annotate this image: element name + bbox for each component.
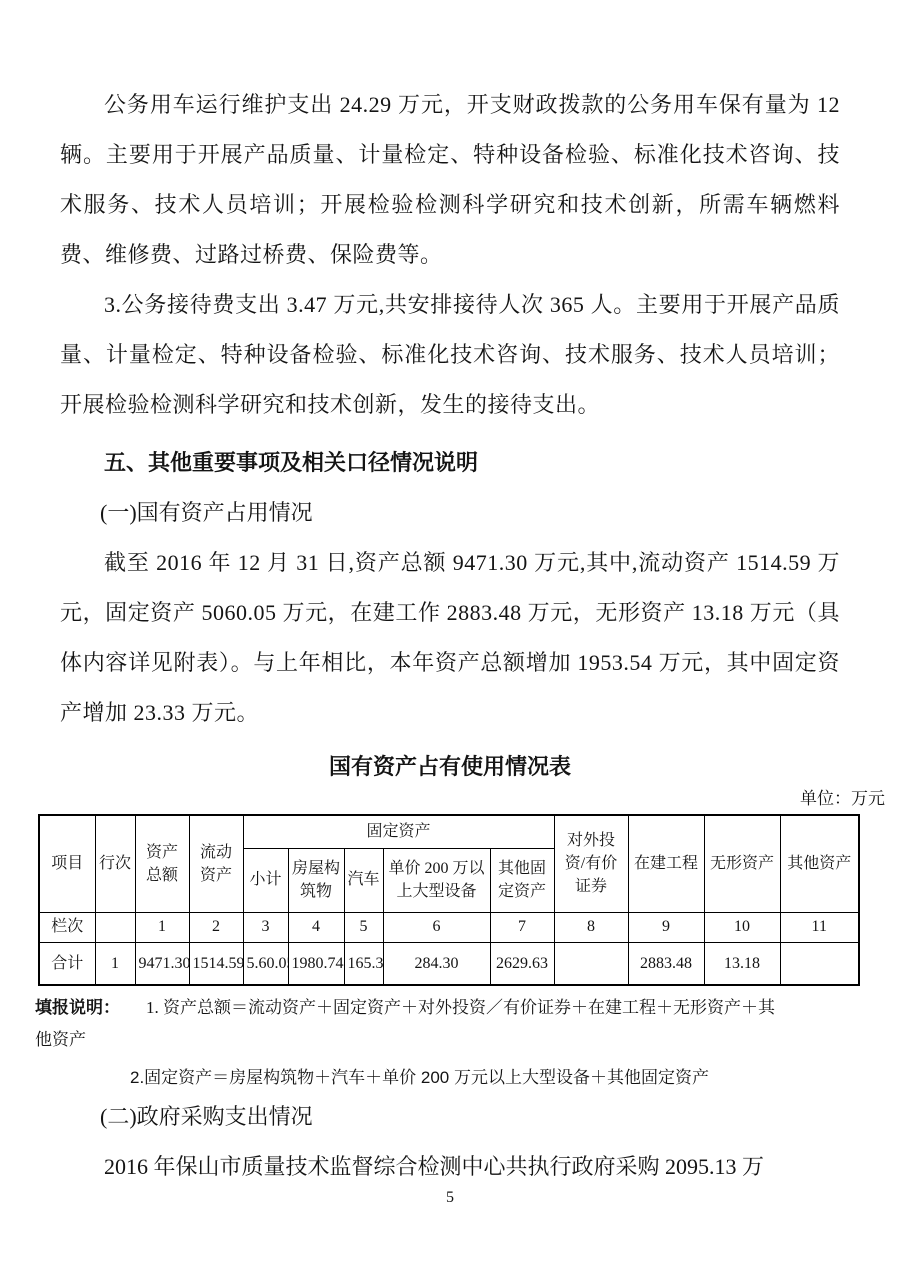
asset-table-title: 国有资产占有使用情况表	[60, 752, 840, 782]
colnum-cell: 9	[628, 912, 704, 942]
th-external-investment: 对外投资/有价证券	[554, 815, 628, 912]
paragraph-reception-expense: 3.公务接待费支出 3.47 万元,共安排接待人次 365 人。主要用于开展产品…	[60, 280, 840, 430]
state-asset-table: 项目 行次 资产总额 流动资产 固定资产 对外投资/有价证券 在建工程 无形资产…	[38, 814, 860, 986]
total-other-assets	[780, 942, 859, 985]
heading-procurement: (二)政府采购支出情况	[60, 1092, 840, 1142]
total-large-equipment: 284.30	[383, 942, 490, 985]
paragraph-vehicle-expense: 公务用车运行维护支出 24.29 万元，开支财政拨款的公务用车保有量为 12 辆…	[60, 80, 840, 280]
total-row: 合计 1 9471.30 1514.59 5.60.05 1980.74 165…	[39, 942, 859, 985]
th-other-assets: 其他资产	[780, 815, 859, 912]
paragraph-asset-summary: 截至 2016 年 12 月 31 日,资产总额 9471.30 万元,其中,流…	[60, 538, 840, 738]
total-external-investment	[554, 942, 628, 985]
colnum-cell: 5	[344, 912, 383, 942]
total-other-fixed: 2629.63	[490, 942, 554, 985]
total-subtotal: 5.60.05	[243, 942, 288, 985]
th-item: 项目	[39, 815, 95, 912]
th-row-no: 行次	[95, 815, 135, 912]
total-intangible: 13.18	[704, 942, 780, 985]
column-index-row: 栏次 1 2 3 4 5 6 7 8 9 10 11	[39, 912, 859, 942]
total-buildings: 1980.74	[288, 942, 344, 985]
colnum-cell: 11	[780, 912, 859, 942]
total-row-no: 1	[95, 942, 135, 985]
th-vehicles: 汽车	[344, 848, 383, 912]
th-large-equipment: 单价 200 万以上大型设备	[383, 848, 490, 912]
th-construction-in-progress: 在建工程	[628, 815, 704, 912]
colnum-cell: 8	[554, 912, 628, 942]
th-intangible-assets: 无形资产	[704, 815, 780, 912]
th-current-assets: 流动资产	[189, 815, 243, 912]
table-header-row-1: 项目 行次 资产总额 流动资产 固定资产 对外投资/有价证券 在建工程 无形资产…	[39, 815, 859, 848]
th-other-fixed-assets: 其他固定资产	[490, 848, 554, 912]
note-2: 2.固定资产＝房屋构筑物＋汽车＋单价 200 万元以上大型设备＋其他固定资产	[35, 1064, 840, 1092]
total-construction: 2883.48	[628, 942, 704, 985]
note-1: 1. 资产总额＝流动资产＋固定资产＋对外投资／有价证券＋在建工程＋无形资产＋其他…	[35, 998, 775, 1049]
colnum-cell: 10	[704, 912, 780, 942]
document-page: 公务用车运行维护支出 24.29 万元，开支财政拨款的公务用车保有量为 12 辆…	[0, 0, 900, 1273]
total-label: 合计	[39, 942, 95, 985]
total-total-assets: 9471.30	[135, 942, 189, 985]
colnum-cell: 2	[189, 912, 243, 942]
paragraph-procurement: 2016 年保山市质量技术监督综合检测中心共执行政府采购 2095.13 万	[60, 1142, 840, 1192]
total-current-assets: 1514.59	[189, 942, 243, 985]
colnum-cell: 6	[383, 912, 490, 942]
colnum-cell: 1	[135, 912, 189, 942]
colnum-cell: 3	[243, 912, 288, 942]
th-total-assets: 资产总额	[135, 815, 189, 912]
total-vehicles: 165.38	[344, 942, 383, 985]
th-buildings: 房屋构筑物	[288, 848, 344, 912]
colnum-cell	[95, 912, 135, 942]
table-unit-label: 单位：万元	[60, 786, 885, 812]
page-number: 5	[0, 1189, 900, 1207]
colnum-cell: 4	[288, 912, 344, 942]
filing-notes: 填报说明：1. 资产总额＝流动资产＋固定资产＋对外投资／有价证券＋在建工程＋无形…	[35, 992, 783, 1056]
heading-state-assets: (一)国有资产占用情况	[60, 488, 840, 538]
th-fixed-assets-group: 固定资产	[243, 815, 554, 848]
th-subtotal: 小计	[243, 848, 288, 912]
colnum-label: 栏次	[39, 912, 95, 942]
colnum-cell: 7	[490, 912, 554, 942]
heading-section-five: 五、其他重要事项及相关口径情况说明	[60, 438, 840, 488]
notes-label: 填报说明：	[35, 998, 120, 1017]
